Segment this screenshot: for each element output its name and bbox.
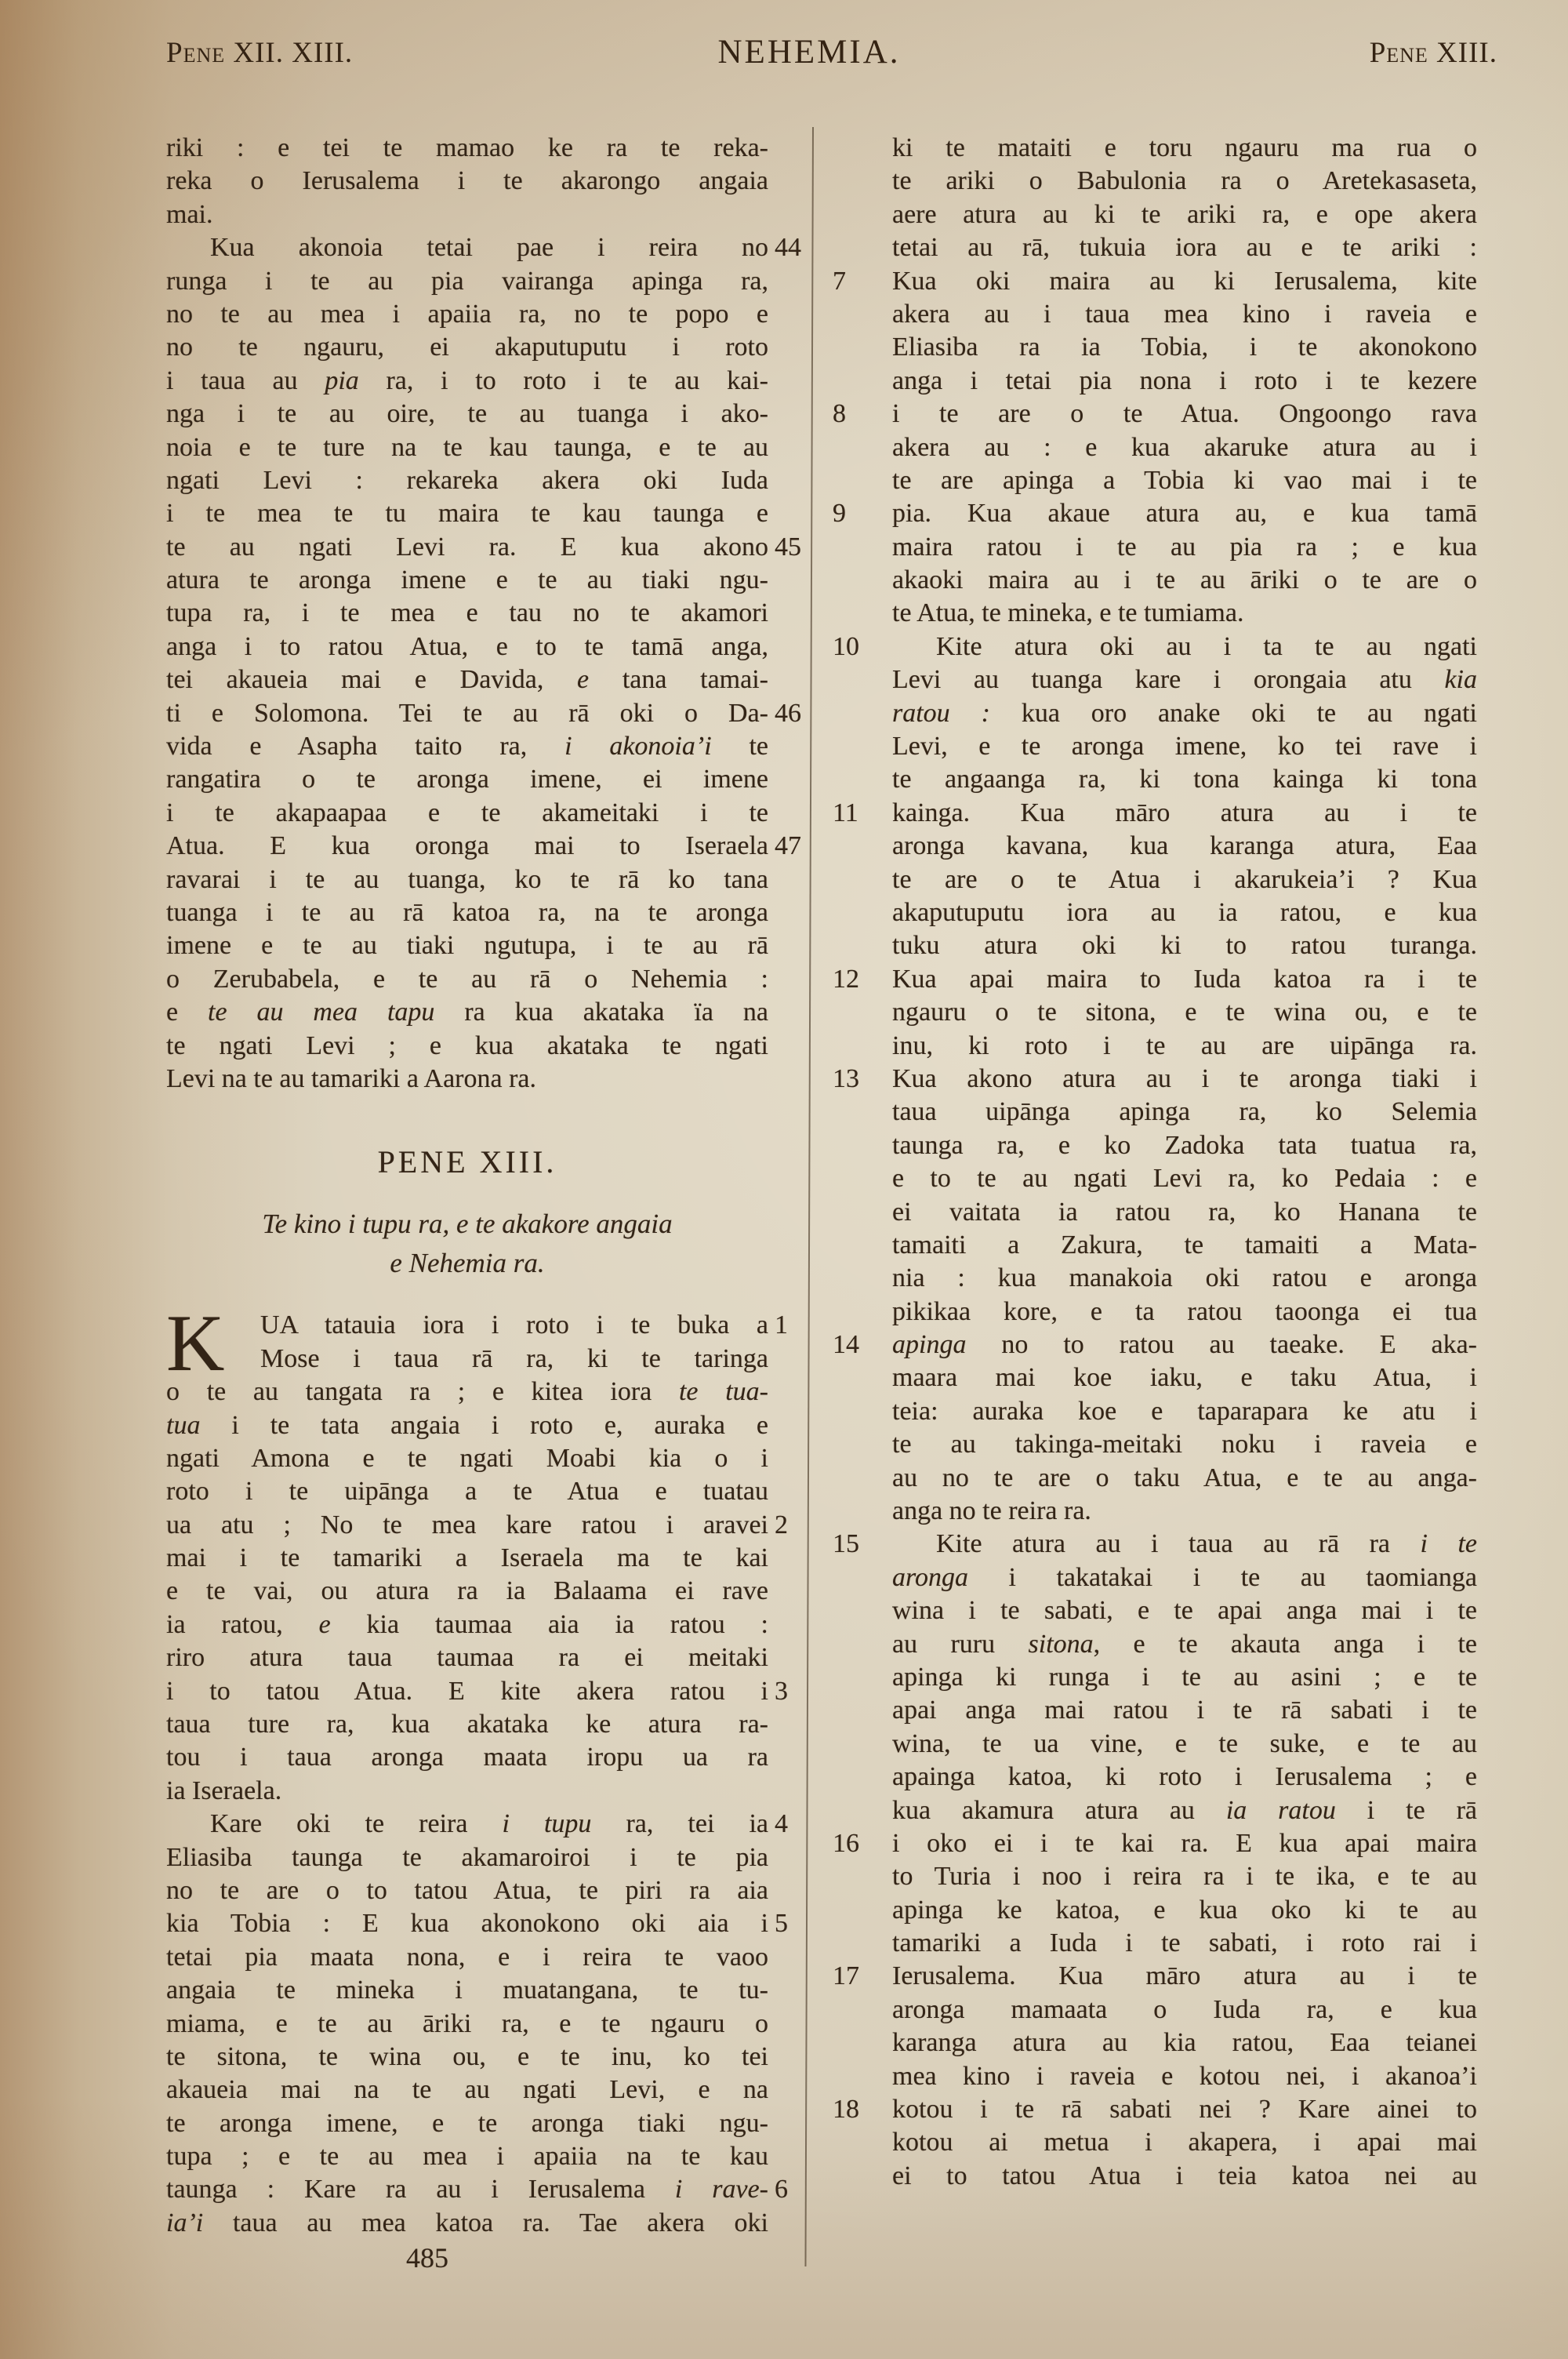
text-line: mai.	[166, 198, 768, 231]
verse-text: aere atura au ki te ariki ra, e ope aker…	[892, 200, 1477, 229]
text-line: tuku atura oki ki to ratou turanga.	[892, 929, 1477, 962]
text-line: akaputuputu iora au ia ratou, e kua	[892, 896, 1477, 929]
verse-text: Kite atura oki au i ta te au ngati	[936, 632, 1477, 661]
text-line: i te mea te tu maira te kau taunga e	[166, 497, 768, 530]
verse-number: 4	[775, 1808, 822, 1841]
verse-text: Atua. E kua oronga mai to Iseraela	[166, 831, 768, 860]
verse-text: maara mai koe iaku, e taku Atua, i	[892, 1363, 1477, 1392]
text-line: reka o Ierusalema i te akarongo angaia	[166, 165, 768, 198]
text-line: no te au mea i apaiia ra, no te popo e	[166, 298, 768, 331]
verse-number: 6	[775, 2173, 822, 2206]
verse-text: kia Tobia : E kua akonokono oki aia i	[166, 1909, 768, 1938]
verse-text: ei vaitata ia ratou ra, ko Hanana te	[892, 1198, 1477, 1227]
verse-text: no te are o to tatou Atua, te piri ra ai…	[166, 1876, 768, 1905]
text-line: aronga kavana, kua karanga atura, Eaa	[892, 830, 1477, 863]
verse-text: e te vai, ou atura ra ia Balaama ei rave	[166, 1576, 768, 1605]
text-line: rangatira o te aronga imene, ei imene	[166, 763, 768, 796]
text-line: Kare oki te reira i tupu ra, tei ia4	[166, 1808, 768, 1841]
text-line: tupa ra, i te mea e tau no te akamori	[166, 597, 768, 630]
text-line: ti e Solomona. Tei te au rā oki o Da-46	[166, 697, 768, 730]
verse-text: imene e te au tiaki ngutupa, i te au rā	[166, 931, 768, 960]
verse-text: ngauru o te sitona, e te wina ou, e te	[892, 998, 1477, 1027]
text-line: taunga ra, e ko Zadoka tata tuatua ra,	[892, 1129, 1477, 1162]
verse-number: 45	[775, 531, 822, 564]
verse-number: 8	[833, 398, 881, 431]
text-line: mea kino i raveia e kotou nei, i akanoa’…	[892, 2060, 1477, 2093]
verse-text: te are apinga a Tobia ki vao mai i te	[892, 466, 1477, 495]
verse-text: reka o Ierusalema i te akarongo angaia	[166, 166, 768, 195]
verse-text: apinga ke katoa, e kua oko ki te au	[892, 1896, 1477, 1925]
text-line: e te vai, ou atura ra ia Balaama ei rave	[166, 1575, 768, 1608]
verse-text: i to tatou Atua. E kite akera ratou i	[166, 1677, 768, 1706]
verse-number: 18	[833, 2093, 881, 2126]
verse-text: te aronga imene, e te aronga tiaki ngu-	[166, 2109, 768, 2138]
text-line: nia : kua manakoia oki ratou e aronga	[892, 1262, 1477, 1295]
verse-text: tetai pia maata nona, e i reira te vaoo	[166, 1943, 768, 1972]
text-line: wina, te ua vine, e te suke, e te au	[892, 1728, 1477, 1761]
verse-text: ngati Amona e te ngati Moabi kia o i	[166, 1444, 768, 1473]
text-line: imene e te au tiaki ngutupa, i te au rā	[166, 929, 768, 962]
text-line: tamariki a Iuda i te sabati, i roto rai …	[892, 1927, 1477, 1960]
verse-text: maira ratou i te au pia ra ; e kua	[892, 533, 1477, 562]
verse-number: 5	[775, 1907, 822, 1940]
text-line: tua i te tata angaia i roto e, auraka e	[166, 1409, 768, 1442]
verse-number: 12	[833, 963, 881, 996]
verse-text: mai i te tamariki a Iseraela ma te kai	[166, 1543, 768, 1572]
text-line: wina i te sabati, e te apai anga mai i t…	[892, 1594, 1477, 1627]
text-line: i to tatou Atua. E kite akera ratou i3	[166, 1675, 768, 1708]
verse-text: ua atu ; No te mea kare ratou i aravei	[166, 1510, 768, 1539]
verse-text: miama, e te au āriki ra, e te ngauru o	[166, 2009, 768, 2038]
text-line: vida e Asapha taito ra, i akonoia’i te	[166, 730, 768, 763]
text-line: anga no te reira ra.	[892, 1495, 1477, 1528]
text-line: to Turia i noo i reira ra i te ika, e te…	[892, 1860, 1477, 1893]
text-line: i te are o te Atua. Ongoongo rava8	[892, 398, 1477, 431]
verse-text: i te are o te Atua. Ongoongo rava	[892, 399, 1477, 428]
verse-text: te are o te Atua i akarukeia’i ? Kua	[892, 865, 1477, 894]
verse-text: pikikaa kore, e ta ratou taoonga ei tua	[892, 1297, 1477, 1326]
verse-number: 15	[833, 1528, 881, 1561]
text-line: ia ratou, e kia taumaa aia ia ratou :	[166, 1608, 768, 1641]
text-line: Atua. E kua oronga mai to Iseraela47	[166, 830, 768, 863]
text-line: Levi na te au tamariki a Aarona ra.	[166, 1063, 768, 1096]
verse-text: tua i te tata angaia i roto e, auraka e	[166, 1411, 768, 1440]
verse-text: aronga kavana, kua karanga atura, Eaa	[892, 831, 1477, 860]
text-line: tamaiti a Zakura, te tamaiti a Mata-	[892, 1229, 1477, 1262]
text-line: Mose i taua rā ra, ki te taringa	[166, 1343, 768, 1376]
verse-text: ravarai i te au tuanga, ko te rā ko tana	[166, 865, 768, 894]
verse-text: no te au mea i apaiia ra, no te popo e	[166, 300, 768, 329]
verse-number: 44	[775, 231, 822, 264]
verse-text: Kua oki maira au ki Ierusalema, kite	[892, 267, 1477, 296]
verse-text: anga no te reira ra.	[892, 1496, 1091, 1525]
verse-text: ngati Levi : rekareka akera oki Iuda	[166, 466, 768, 495]
verse-text: akaoki maira au i te au āriki o te are o	[892, 565, 1477, 594]
verse-text: tou i taua aronga maata iropu ua ra	[166, 1743, 768, 1772]
text-line: au ruru sitona, e te akauta anga i te	[892, 1628, 1477, 1661]
verse-text: teia: auraka koe e taparapara ke atu i	[892, 1397, 1477, 1426]
chapter-heading: PENE XIII.	[166, 1146, 768, 1188]
text-line: apainga katoa, ki roto i Ierusalema ; e	[892, 1761, 1477, 1794]
verse-text: Kite atura au i taua au rā ra i te	[936, 1529, 1477, 1558]
text-line: no te are o to tatou Atua, te piri ra ai…	[166, 1874, 768, 1907]
verse-text: taua uipānga apinga ra, ko Selemia	[892, 1097, 1477, 1126]
verse-text: kotou ai metua i akapera, i apai mai	[892, 2128, 1477, 2157]
text-line: kua akamura atura au ia ratou i te rā	[892, 1794, 1477, 1827]
verse-text: ia’i taua au mea katoa ra. Tae akera oki	[166, 2208, 768, 2237]
text-line: Ierusalema. Kua māro atura au i te17	[892, 1960, 1477, 1993]
verse-number: 3	[775, 1675, 822, 1708]
verse-text: Mose i taua rā ra, ki te taringa	[260, 1344, 768, 1373]
verse-text: aronga i takatakai i te au taomianga	[892, 1563, 1477, 1592]
text-line: apai anga mai ratou i te rā sabati i te	[892, 1694, 1477, 1727]
verse-text: atura te aronga imene e te au tiaki ngu-	[166, 565, 768, 594]
verse-text: te ariki o Babulonia ra o Aretekasaseta,	[892, 166, 1477, 195]
text-line: ngauru o te sitona, e te wina ou, e te	[892, 996, 1477, 1029]
verse-text: apainga katoa, ki roto i Ierusalema ; e	[892, 1762, 1477, 1791]
verse-text: Kua akono atura au i te aronga tiaki i	[892, 1064, 1477, 1093]
verse-text: kotou i te rā sabati nei ? Kare ainei to	[892, 2095, 1477, 2124]
text-line: taua ture ra, kua akataka ke atura ra-	[166, 1708, 768, 1741]
verse-text: akaputuputu iora au ia ratou, e kua	[892, 898, 1477, 927]
text-line: ravarai i te au tuanga, ko te rā ko tana	[166, 863, 768, 896]
text-line: runga i te au pia vairanga apinga ra,	[166, 265, 768, 298]
text-line: no te ngauru, ei akaputuputu i roto	[166, 331, 768, 364]
verse-number: 10	[833, 631, 881, 663]
text-line: riro atura taua taumaa ra ei meitaki	[166, 1641, 768, 1674]
text-line: tetai pia maata nona, e i reira te vaoo	[166, 1941, 768, 1974]
verse-text: o te au tangata ra ; e kitea iora te tua…	[166, 1377, 768, 1406]
scanned-page: Pene XII. XIII. NEHEMIA. Pene XIII. riki…	[0, 0, 1568, 2359]
text-line: Levi, e te aronga imene, ko tei rave i	[892, 730, 1477, 763]
verse-text: rangatira o te aronga imene, ei imene	[166, 765, 768, 794]
verse-text: ki te mataiti e toru ngauru ma rua o	[892, 133, 1477, 162]
text-line: ki te mataiti e toru ngauru ma rua o	[892, 132, 1477, 165]
text-line: Kite atura oki au i ta te au ngati10	[892, 631, 1477, 663]
verse-number: 47	[775, 830, 822, 863]
text-line: ua atu ; No te mea kare ratou i aravei2	[166, 1509, 768, 1542]
text-line: kotou ai metua i akapera, i apai mai	[892, 2126, 1477, 2159]
text-line: te au ngati Levi ra. E kua akono45	[166, 531, 768, 564]
verse-text: pia. Kua akaue atura au, e kua tamā	[892, 499, 1477, 528]
verse-text: e to te au ngati Levi ra, ko Pedaia : e	[892, 1164, 1477, 1193]
verse-text: tupa ; e te au mea i apaiia na te kau	[166, 2142, 768, 2171]
verse-text: Eliasiba ra ia Tobia, i te akonokono	[892, 333, 1477, 362]
text-line: Eliasiba ra ia Tobia, i te akonokono	[892, 331, 1477, 364]
verse-number: 9	[833, 497, 881, 530]
text-line: anga i tetai pia nona i roto i te kezere	[892, 365, 1477, 398]
text-line: pia. Kua akaue atura au, e kua tamā9	[892, 497, 1477, 530]
verse-text: Kare oki te reira i tupu ra, tei ia	[210, 1809, 768, 1838]
verse-text: apinga ki runga i te au asini ; e te	[892, 1663, 1477, 1692]
text-line: akera au i taua mea kino i raveia e	[892, 298, 1477, 331]
verse-text: i te akapaapaa e te akameitaki i te	[166, 798, 768, 827]
text-line: apinga ki runga i te au asini ; e te	[892, 1661, 1477, 1694]
chapter-subtitle: Te kino i tupu ra, e te akakore angaia	[166, 1205, 768, 1245]
verse-text: tamariki a Iuda i te sabati, i roto rai …	[892, 1928, 1477, 1957]
verse-text: ei to tatou Atua i teia katoa nei au	[892, 2161, 1477, 2190]
text-line: aronga i takatakai i te au taomianga	[892, 1561, 1477, 1594]
text-line: Kua apai maira to Iuda katoa ra i te12	[892, 963, 1477, 996]
verse-number: 13	[833, 1063, 881, 1096]
text-line: taunga : Kare ra au i Ierusalema i rave-…	[166, 2173, 768, 2206]
text-line: akaueia mai na te au ngati Levi, e na	[166, 2074, 768, 2106]
verse-text: mai.	[166, 200, 212, 229]
verse-text: ia ratou, e kia taumaa aia ia ratou :	[166, 1610, 768, 1639]
verse-text: anga i to ratou Atua, e to te tamā anga,	[166, 632, 768, 661]
text-line: tou i taua aronga maata iropu ua ra	[166, 1741, 768, 1774]
running-head-right: Pene XIII.	[1370, 36, 1497, 70]
verse-text: kainga. Kua māro atura au i te	[892, 798, 1477, 827]
text-line: Kua akono atura au i te aronga tiaki i13	[892, 1063, 1477, 1096]
verse-text: riki : e tei te mamao ke ra te reka-	[166, 133, 768, 162]
text-line: Kite atura au i taua au rā ra i te15	[892, 1528, 1477, 1561]
text-line: ei vaitata ia ratou ra, ko Hanana te	[892, 1196, 1477, 1229]
verse-text: apinga no to ratou au taeake. E aka-	[892, 1330, 1477, 1359]
text-line: aere atura au ki te ariki ra, e ope aker…	[892, 198, 1477, 231]
text-line: akera au : e kua akaruke atura au i	[892, 431, 1477, 464]
verse-text: tuanga i te au rā katoa ra, na te aronga	[166, 898, 768, 927]
verse-text: wina, te ua vine, e te suke, e te au	[892, 1729, 1477, 1758]
text-line: roto i te uipānga a te Atua e tuatau	[166, 1475, 768, 1508]
text-line: te Atua, te mineka, e te tumiama.	[892, 597, 1477, 630]
text-line: i te akapaapaa e te akameitaki i te	[166, 797, 768, 830]
text-line: Kua akonoia tetai pae i reira no44	[166, 231, 768, 264]
verse-text: Levi, e te aronga imene, ko tei rave i	[892, 732, 1477, 761]
verse-text: akaueia mai na te au ngati Levi, e na	[166, 2075, 768, 2104]
verse-text: ratou : kua oro anake oki te au ngati	[892, 699, 1477, 728]
column-divider	[804, 127, 814, 2266]
text-line: noia e te ture na te kau taunga, e te au	[166, 431, 768, 464]
verse-text: taua ture ra, kua akataka ke atura ra-	[166, 1710, 768, 1739]
text-line: e to te au ngati Levi ra, ko Pedaia : e	[892, 1162, 1477, 1195]
text-line: te are apinga a Tobia ki vao mai i te	[892, 464, 1477, 497]
verse-text: nga i te au oire, te au tuanga i ako-	[166, 399, 768, 428]
verse-number: 46	[775, 697, 822, 730]
text-line: te aronga imene, e te aronga tiaki ngu-	[166, 2107, 768, 2140]
verse-text: runga i te au pia vairanga apinga ra,	[166, 267, 768, 296]
verse-text: roto i te uipānga a te Atua e tuatau	[166, 1477, 768, 1506]
text-line: te ngati Levi ; e kua akataka te ngati	[166, 1030, 768, 1063]
running-head-left: Pene XII. XIII.	[166, 36, 353, 70]
text-line: inu, ki roto i te au are uipānga ra.	[892, 1030, 1477, 1063]
verse-text: to Turia i noo i reira ra i te ika, e te…	[892, 1862, 1477, 1891]
verse-text: ti e Solomona. Tei te au rā oki o Da-	[166, 699, 768, 728]
verse-text: nia : kua manakoia oki ratou e aronga	[892, 1263, 1477, 1292]
text-line: tetai au rā, tukuia iora au e te ariki :	[892, 231, 1477, 264]
chapter-subtitle: e Nehemia ra.	[166, 1245, 768, 1284]
text-line: kainga. Kua māro atura au i te11	[892, 797, 1477, 830]
verse-text: UA tatauia iora i roto i te buka a	[260, 1310, 768, 1339]
verse-text: Levi au tuanga kare i orongaia atu kia	[892, 665, 1477, 694]
verse-text: karanga atura au kia ratou, Eaa teianei	[892, 2028, 1477, 2057]
text-line: apinga ke katoa, e kua oko ki te au	[892, 1894, 1477, 1927]
verse-text: Levi na te au tamariki a Aarona ra.	[166, 1064, 536, 1093]
verse-text: tuku atura oki ki to ratou turanga.	[892, 931, 1477, 960]
text-line: Kua oki maira au ki Ierusalema, kite7	[892, 265, 1477, 298]
text-line: tuanga i te au rā katoa ra, na te aronga	[166, 896, 768, 929]
page-number: 485	[357, 2241, 498, 2274]
verse-text: i te mea te tu maira te kau taunga e	[166, 499, 768, 528]
verse-text: o Zerubabela, e te au rā o Nehemia :	[166, 965, 768, 994]
verse-text: tetai au rā, tukuia iora au e te ariki :	[892, 233, 1477, 262]
text-line: riki : e tei te mamao ke ra te reka-	[166, 132, 768, 165]
text-line: karanga atura au kia ratou, Eaa teianei	[892, 2026, 1477, 2059]
text-line: ia’i taua au mea katoa ra. Tae akera oki	[166, 2207, 768, 2240]
verse-text: akera au i taua mea kino i raveia e	[892, 300, 1477, 329]
text-line: ia Iseraela.	[166, 1775, 768, 1808]
verse-text: e te au mea tapu ra kua akataka ïa na	[166, 998, 768, 1027]
verse-text: tamaiti a Zakura, te tamaiti a Mata-	[892, 1230, 1477, 1259]
verse-text: kua akamura atura au ia ratou i te rā	[892, 1796, 1477, 1825]
verse-text: i oko ei i te kai ra. E kua apai maira	[892, 1829, 1477, 1858]
verse-text: te au takinga-meitaki noku i raveia e	[892, 1430, 1477, 1459]
verse-text: te angaanga ra, ki tona kainga ki tona	[892, 765, 1477, 794]
right-column: ki te mataiti e toru ngauru ma rua ote a…	[892, 132, 1477, 2193]
verse-text: au no te are o taku Atua, e te au anga-	[892, 1463, 1477, 1492]
text-line: apinga no to ratou au taeake. E aka-14	[892, 1329, 1477, 1361]
text-line: KUA tatauia iora i roto i te buka a1	[166, 1309, 768, 1342]
text-line: te au takinga-meitaki noku i raveia e	[892, 1428, 1477, 1461]
text-line: pikikaa kore, e ta ratou taoonga ei tua	[892, 1296, 1477, 1329]
verse-text: tei akaueia mai e Davida, e tana tamai-	[166, 665, 768, 694]
text-line: te are o te Atua i akarukeia’i ? Kua	[892, 863, 1477, 896]
text-line: akaoki maira au i te au āriki o te are o	[892, 564, 1477, 597]
verse-text: ia Iseraela.	[166, 1776, 281, 1805]
verse-text: Kua apai maira to Iuda katoa ra i te	[892, 965, 1477, 994]
verse-text: te au ngati Levi ra. E kua akono	[166, 533, 768, 562]
text-line: i oko ei i te kai ra. E kua apai maira16	[892, 1827, 1477, 1860]
verse-text: vida e Asapha taito ra, i akonoia’i te	[166, 732, 768, 761]
verse-text: au ruru sitona, e te akauta anga i te	[892, 1630, 1477, 1659]
verse-text: taunga : Kare ra au i Ierusalema i rave-	[166, 2175, 768, 2204]
text-line: nga i te au oire, te au tuanga i ako-	[166, 398, 768, 431]
text-line: teia: auraka koe e taparapara ke atu i	[892, 1395, 1477, 1428]
text-line: te angaanga ra, ki tona kainga ki tona	[892, 763, 1477, 796]
text-line: o te au tangata ra ; e kitea iora te tua…	[166, 1376, 768, 1408]
text-line: te ariki o Babulonia ra o Aretekasaseta,	[892, 165, 1477, 198]
text-line: tupa ; e te au mea i apaiia na te kau	[166, 2140, 768, 2173]
text-line: tei akaueia mai e Davida, e tana tamai-	[166, 663, 768, 696]
verse-text: i taua au pia ra, i to roto i te au kai-	[166, 366, 768, 395]
verse-text: Ierusalema. Kua māro atura au i te	[892, 1961, 1477, 1990]
text-line: ei to tatou Atua i teia katoa nei au	[892, 2160, 1477, 2193]
text-line: ratou : kua oro anake oki te au ngati	[892, 697, 1477, 730]
verse-text: noia e te ture na te kau taunga, e te au	[166, 433, 768, 462]
verse-number: 2	[775, 1509, 822, 1542]
verse-number: 17	[833, 1960, 881, 1993]
verse-number: 16	[833, 1827, 881, 1860]
verse-text: taunga ra, e ko Zadoka tata tuatua ra,	[892, 1131, 1477, 1160]
text-line: e te au mea tapu ra kua akataka ïa na	[166, 996, 768, 1029]
verse-text: angaia te mineka i muatangana, te tu-	[166, 1976, 768, 2005]
text-line: anga i to ratou Atua, e to te tamā anga,	[166, 631, 768, 663]
verse-number: 11	[833, 797, 881, 830]
text-line: ngati Amona e te ngati Moabi kia o i	[166, 1442, 768, 1475]
verse-text: wina i te sabati, e te apai anga mai i t…	[892, 1596, 1477, 1625]
verse-number: 14	[833, 1329, 881, 1361]
text-line: au no te are o taku Atua, e te au anga-	[892, 1462, 1477, 1495]
verse-text: anga i tetai pia nona i roto i te kezere	[892, 366, 1477, 395]
text-line: Levi au tuanga kare i orongaia atu kia	[892, 663, 1477, 696]
text-line: aronga mamaata o Iuda ra, e kua	[892, 1994, 1477, 2026]
text-line: atura te aronga imene e te au tiaki ngu-	[166, 564, 768, 597]
text-line: Eliasiba taunga te akamaroiroi i te pia	[166, 1841, 768, 1874]
text-line: angaia te mineka i muatangana, te tu-	[166, 1974, 768, 2007]
verse-text: te sitona, te wina ou, e te inu, ko tei	[166, 2042, 768, 2071]
verse-text: aronga mamaata o Iuda ra, e kua	[892, 1995, 1477, 2024]
text-line: ngati Levi : rekareka akera oki Iuda	[166, 464, 768, 497]
book-title: NEHEMIA.	[718, 33, 901, 71]
verse-number: 7	[833, 265, 881, 298]
text-line: o Zerubabela, e te au rā o Nehemia :	[166, 963, 768, 996]
text-line: kotou i te rā sabati nei ? Kare ainei to…	[892, 2093, 1477, 2126]
verse-text: mea kino i raveia e kotou nei, i akanoa’…	[892, 2062, 1477, 2091]
text-line: mai i te tamariki a Iseraela ma te kai	[166, 1542, 768, 1575]
verse-text: riro atura taua taumaa ra ei meitaki	[166, 1643, 768, 1672]
left-column: riki : e tei te mamao ke ra te reka-reka…	[166, 132, 768, 2240]
verse-text: te Atua, te mineka, e te tumiama.	[892, 598, 1243, 627]
verse-text: tupa ra, i te mea e tau no te akamori	[166, 598, 768, 627]
text-line: maira ratou i te au pia ra ; e kua	[892, 531, 1477, 564]
text-line: i taua au pia ra, i to roto i te au kai-	[166, 365, 768, 398]
verse-number: 1	[775, 1309, 822, 1342]
verse-text: no te ngauru, ei akaputuputu i roto	[166, 333, 768, 362]
verse-text: te ngati Levi ; e kua akataka te ngati	[166, 1031, 768, 1060]
text-line: miama, e te au āriki ra, e te ngauru o	[166, 2008, 768, 2041]
verse-text: Eliasiba taunga te akamaroiroi i te pia	[166, 1843, 768, 1872]
verse-text: inu, ki roto i te au are uipānga ra.	[892, 1031, 1477, 1060]
text-line: te sitona, te wina ou, e te inu, ko tei	[166, 2041, 768, 2074]
verse-text: Kua akonoia tetai pae i reira no	[210, 233, 768, 262]
verse-text: apai anga mai ratou i te rā sabati i te	[892, 1696, 1477, 1725]
text-line: maara mai koe iaku, e taku Atua, i	[892, 1361, 1477, 1394]
text-line: kia Tobia : E kua akonokono oki aia i5	[166, 1907, 768, 1940]
verse-text: akera au : e kua akaruke atura au i	[892, 433, 1477, 462]
text-line: taua uipānga apinga ra, ko Selemia	[892, 1096, 1477, 1129]
